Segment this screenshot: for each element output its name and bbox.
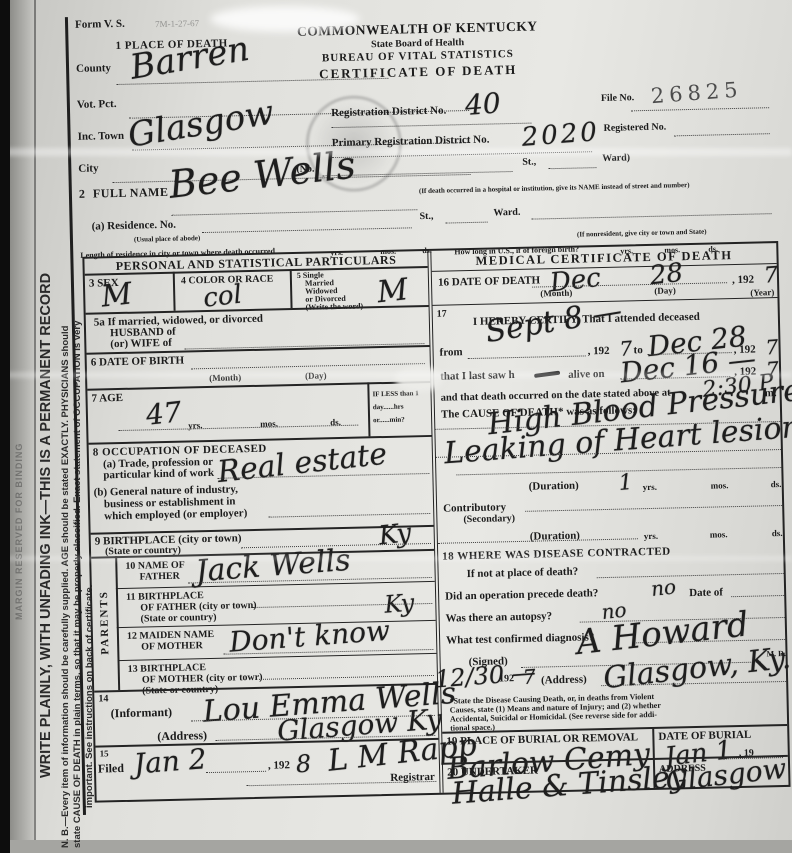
rule bbox=[87, 381, 430, 390]
file-no-label: File No. bbox=[601, 92, 635, 104]
filed-year-handwritten: 8 bbox=[295, 749, 312, 778]
filed-number: 15 bbox=[100, 748, 109, 758]
duration2-mos-label: mos. bbox=[710, 529, 728, 539]
dod-month-label: (Month) bbox=[540, 288, 572, 299]
occupation-b-dotted-line bbox=[268, 513, 430, 518]
header-street-dotted-line bbox=[548, 167, 596, 169]
age-value-handwritten: 47 bbox=[144, 395, 183, 432]
certify-number: 17 bbox=[437, 309, 447, 320]
father-birthplace-label-line3: (State or country) bbox=[140, 612, 216, 625]
mother-name-label-line2: OF MOTHER bbox=[141, 640, 203, 652]
nonresident-note: (If nonresident, give city or town and S… bbox=[577, 228, 707, 239]
dob-day-label: (Day) bbox=[305, 370, 327, 380]
duration2-label: (Duration) bbox=[530, 530, 580, 543]
operation-label: Did an operation precede death? bbox=[445, 587, 598, 602]
filed-date-handwritten: Jan 2 bbox=[133, 742, 208, 780]
residence-ward-label: Ward. bbox=[493, 207, 520, 219]
full-name-dotted-line bbox=[171, 209, 417, 216]
occupation-b-line3: which employed (or employer) bbox=[104, 507, 247, 522]
occupation-a-line2: particular kind of work bbox=[103, 467, 214, 482]
autopsy-label: Was there an autopsy? bbox=[446, 610, 553, 624]
duration-mos-label: mos. bbox=[711, 480, 729, 490]
primary-district-value-handwritten: 2020 bbox=[521, 117, 601, 153]
disease-contracted-heading: 18 WHERE WAS DISEASE CONTRACTED bbox=[442, 546, 671, 563]
registered-no-label: Registered No. bbox=[603, 122, 666, 134]
margin-nb-note-line1: N. B.—Every item of information should b… bbox=[60, 326, 71, 848]
header-ward-label: Ward) bbox=[602, 152, 630, 164]
operation-value-handwritten: no bbox=[650, 574, 677, 601]
from-dotted-line bbox=[468, 355, 586, 359]
informant-label: (Informant) bbox=[111, 705, 173, 721]
particulars-box: PERSONAL AND STATISTICAL PARTICULARS 3 S… bbox=[82, 241, 790, 803]
residence-dotted-line bbox=[202, 227, 412, 233]
informant-number: 14 bbox=[98, 693, 108, 704]
dob-dotted-line bbox=[191, 363, 425, 369]
rule bbox=[115, 556, 120, 690]
county-value-handwritten: Barren bbox=[127, 29, 252, 88]
full-name-number: 2 bbox=[79, 187, 85, 202]
file-no-stamped-value: 26825 bbox=[650, 77, 743, 108]
margin-write-plainly-note: WRITE PLAINLY, WITH UNFADING INK—THIS IS… bbox=[38, 273, 54, 778]
registered-no-dotted-line bbox=[674, 133, 770, 136]
duration-label: (Duration) bbox=[529, 480, 579, 493]
abode-note: (Usual place of abode) bbox=[134, 234, 200, 244]
age-mos-label: mos. bbox=[260, 418, 278, 428]
ink-scribble bbox=[534, 371, 560, 378]
rule bbox=[367, 382, 370, 436]
filed-year-prefix: , 192 bbox=[268, 759, 290, 771]
inc-town-label: Inc. Town bbox=[77, 130, 124, 143]
margin-binding-note: MARGIN RESERVED FOR BINDING bbox=[14, 443, 24, 620]
contributory-dotted-line bbox=[525, 505, 782, 512]
residence-label: (a) Residence. No. bbox=[92, 219, 177, 233]
sign-date-handwritten: 12/30 — bbox=[434, 658, 537, 693]
sign-year-handwritten: 7 bbox=[522, 664, 536, 689]
voting-precinct-label: Vot. Pct. bbox=[77, 98, 117, 111]
dod-year-label: (Year) bbox=[750, 287, 774, 298]
certificate-form: Form V. S. 7M-1-27-67 1 PLACE OF DEATH C… bbox=[67, 0, 787, 823]
registration-district-label: Registration District No. bbox=[331, 105, 446, 120]
sign-year-prefix: 192 bbox=[499, 673, 514, 684]
death-certificate-scan: MARGIN RESERVED FOR BINDING WRITE PLAINL… bbox=[0, 0, 792, 853]
ifless-line1: IF LESS than 1 bbox=[372, 389, 418, 398]
age-yrs-label: yrs. bbox=[188, 420, 202, 430]
duration-value-handwritten: 1 bbox=[618, 470, 634, 496]
personal-statistical-column: PERSONAL AND STATISTICAL PARTICULARS 3 S… bbox=[84, 251, 439, 801]
not-at-place-dotted-line bbox=[597, 573, 784, 578]
birthplace-value-handwritten: Ky bbox=[377, 518, 413, 551]
last-saw-label: that I last saw h bbox=[440, 369, 515, 383]
parents-vertical-label: PARENTS bbox=[97, 555, 112, 689]
residence-street-label: St., bbox=[419, 211, 433, 222]
dob-month-label: (Month) bbox=[209, 372, 241, 383]
from-label: from bbox=[439, 346, 462, 359]
form-number-label: Form V. S. bbox=[75, 18, 125, 31]
medical-certificate-column: MEDICAL CERTIFICATE OF DEATH 16 DATE OF … bbox=[431, 243, 788, 793]
wife-of-label: (or) WIFE of bbox=[110, 337, 172, 350]
rule bbox=[290, 269, 292, 308]
secondary-label: (Secondary) bbox=[463, 513, 515, 525]
header-street-label: St., bbox=[522, 156, 536, 167]
binding-rule-line bbox=[34, 0, 36, 840]
duration2-ds-label: ds. bbox=[772, 528, 783, 538]
age-ds-label: ds. bbox=[330, 417, 341, 427]
primary-district-label: Primary Registration District No. bbox=[332, 134, 490, 150]
county-label: County bbox=[76, 62, 111, 75]
registration-district-value-handwritten: 40 bbox=[464, 86, 502, 122]
alive-on-label: alive on bbox=[568, 368, 605, 381]
rule bbox=[173, 272, 175, 311]
duration-ds-label: ds. bbox=[771, 479, 782, 489]
dod-year-handwritten: 7 bbox=[763, 263, 779, 289]
duration2-yrs-label: yrs. bbox=[644, 531, 658, 541]
hospital-instruction-note: (If death occurred in a hospital or inst… bbox=[419, 181, 690, 195]
scan-black-edge bbox=[0, 0, 10, 853]
paper-edge-shading bbox=[10, 0, 34, 840]
date-of-death-label: 16 DATE OF DEATH bbox=[438, 274, 540, 288]
ifless-line3: or......min? bbox=[373, 416, 405, 425]
date-of-birth-label: 6 DATE OF BIRTH bbox=[91, 355, 185, 369]
filed-label: Filed bbox=[98, 761, 124, 777]
form-revision-stamp: 7M-1-27-67 bbox=[155, 18, 199, 29]
sex-value-handwritten: M bbox=[99, 276, 133, 314]
filed-dotted-line bbox=[206, 771, 266, 773]
sign-address-label: (Address) bbox=[541, 673, 587, 686]
not-at-place-label: If not at place of death? bbox=[467, 566, 579, 581]
age-label: 7 AGE bbox=[91, 392, 123, 405]
full-name-value-handwritten: Bee Wells bbox=[167, 143, 358, 207]
registrar-label: Registrar bbox=[390, 771, 435, 784]
full-name-label: FULL NAME bbox=[93, 185, 169, 202]
ifless-line2: day......hrs bbox=[373, 403, 404, 412]
dod-day-label: (Day) bbox=[654, 285, 676, 295]
residence-street-dotted-line bbox=[446, 222, 488, 224]
residence-ward-dotted-line bbox=[532, 213, 772, 219]
from-year-prefix: , 192 bbox=[587, 345, 609, 357]
city-label: City bbox=[78, 162, 98, 174]
dod-year-prefix: , 192 bbox=[732, 274, 754, 286]
test-confirmed-label: What test confirmed diagnosis? bbox=[446, 631, 594, 646]
operation-date-dotted-line bbox=[731, 595, 784, 597]
father-name-label-line2: FATHER bbox=[140, 571, 180, 583]
duration-yrs-label: yrs. bbox=[643, 482, 657, 492]
date-of-label: Date of bbox=[689, 586, 723, 599]
